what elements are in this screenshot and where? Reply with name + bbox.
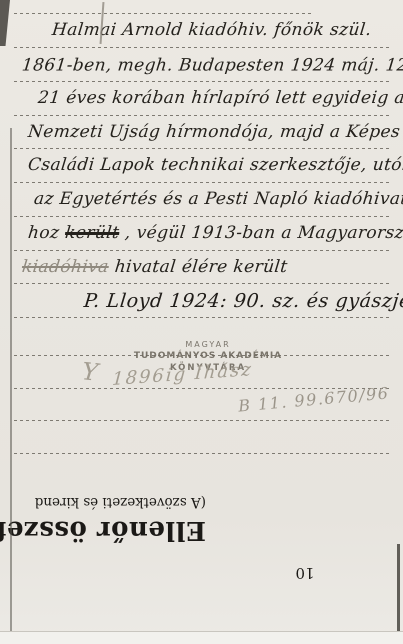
scan-left-edge-line: [10, 128, 12, 640]
ruled-dashed-line: [14, 115, 390, 116]
handwritten-text: 1861-ben, megh. Budapesten 1924 máj. 12.…: [21, 56, 403, 76]
handwritten-line-6: az Egyetértés és a Pesti Napló kiadóhiva…: [33, 189, 403, 209]
ruled-dashed-line: [14, 453, 390, 454]
handwritten-line-8: kiadóhivahivatal élére került: [21, 257, 289, 277]
stamp-line-1: MAGYAR: [118, 340, 298, 349]
citation-text: P. Lloyd 1924: 90. sz. és gyászjel.: [83, 290, 403, 312]
pencil-check-mark: Y: [81, 357, 100, 387]
inverted-print-title: Ellenőr összefo: [2, 515, 206, 545]
handwritten-text: , végül 1913-ban a Magyarország: [118, 223, 403, 243]
handwritten-text: Nemzeti Ujság hírmondója, majd a Képes: [27, 122, 401, 142]
ruled-dashed-line: [14, 47, 390, 48]
ruled-dashed-line: [14, 13, 314, 14]
ruled-dashed-line: [14, 148, 390, 149]
stamp-line-2: TUDOMÁNYOS AKADÉMIA: [118, 351, 298, 361]
source-citation: P. Lloyd 1924: 90. sz. és gyászjel.: [83, 290, 403, 312]
handwritten-text: Családi Lapok technikai szerkesztője, ut…: [27, 155, 403, 175]
handwritten-text: hoz: [27, 223, 66, 243]
inverted-print-subtitle: (A szövetkezeti és kirend: [40, 494, 206, 510]
handwritten-text: az Egyetértés és a Pesti Napló kiadóhiva…: [33, 189, 403, 209]
inverted-page-number: 10: [290, 564, 320, 582]
ruled-dashed-line: [14, 216, 390, 217]
handwritten-line-2: 1861-ben, megh. Budapesten 1924 máj. 12.…: [21, 54, 403, 76]
ruled-dashed-line: [14, 81, 390, 82]
ruled-dashed-line: [14, 420, 390, 421]
scan-bottom-strip: [0, 632, 403, 644]
handwritten-line-4: Nemzeti Ujság hírmondója, majd a Képes: [27, 122, 401, 142]
scan-right-edge-line: [397, 544, 400, 634]
handwritten-line-7: hoz került , végül 1913-ban a Magyarorsz…: [27, 223, 403, 243]
catalog-card: Halmai Arnold kiadóhiv. főnök szül. 1861…: [0, 0, 403, 644]
struck-out-word: került: [64, 223, 120, 243]
ruled-dashed-line: [14, 317, 390, 318]
ruled-dashed-line: [14, 182, 390, 183]
handwritten-text: hivatal élére került: [114, 257, 289, 277]
handwritten-text: 21 éves korában hírlapíró lett egyideig …: [37, 88, 403, 108]
handwritten-line-5: Családi Lapok technikai szerkesztője, ut…: [27, 155, 403, 175]
struck-out-word: kiadóhiva: [21, 257, 110, 277]
scan-corner-smudge: [0, 0, 10, 46]
ruled-dashed-line: [14, 250, 390, 251]
ruled-dashed-line: [14, 283, 390, 284]
handwritten-line-3: 21 éves korában hírlapíró lett egyideig …: [37, 88, 403, 108]
